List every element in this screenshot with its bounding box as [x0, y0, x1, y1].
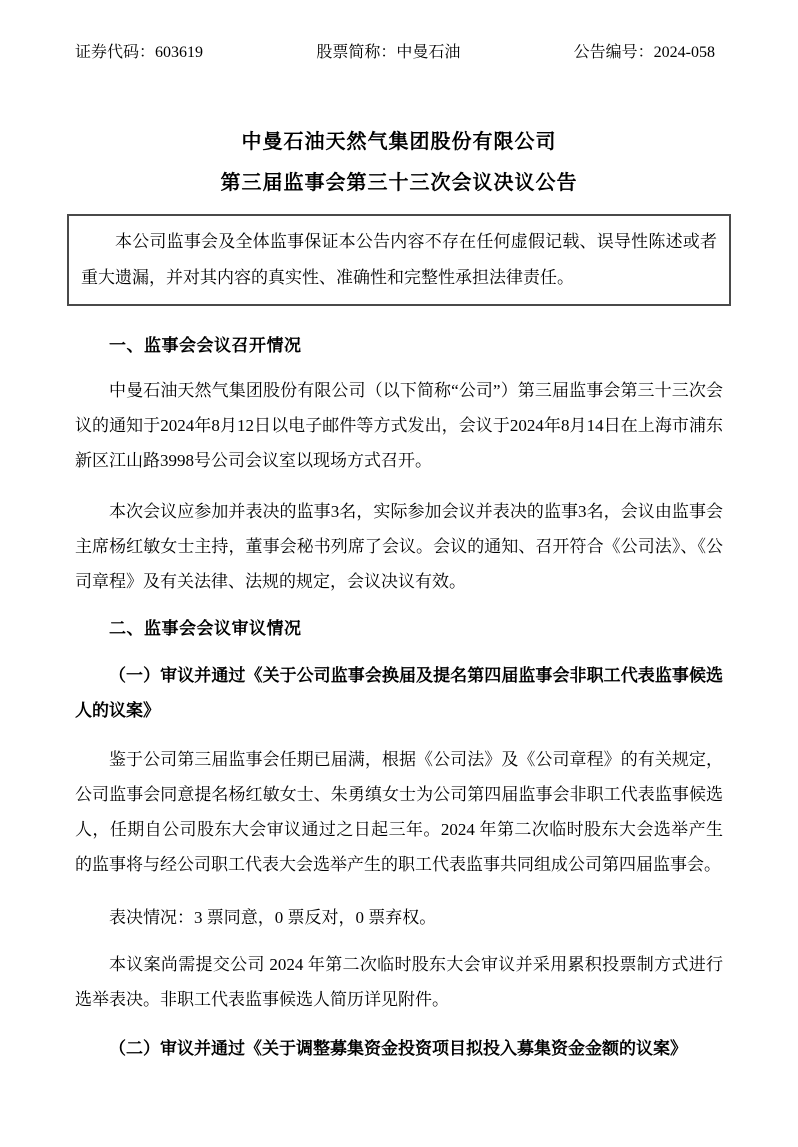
stock-short-name: 股票简称：中曼石油 — [316, 42, 460, 64]
doc-title-line2: 第三届监事会第三十三次会议决议公告 — [75, 163, 723, 204]
disclaimer-box: 本公司监事会及全体监事保证本公告内容不存在任何虚假记载、误导性陈述或者重大遗漏，… — [67, 214, 731, 306]
section2-heading: 二、监事会会议审议情况 — [75, 611, 723, 646]
section1-heading: 一、监事会会议召开情况 — [75, 328, 723, 363]
doc-title: 中曼石油天然气集团股份有限公司 第三届监事会第三十三次会议决议公告 — [75, 122, 723, 204]
doc-header: 证券代码：603619 股票简称：中曼石油 公告编号：2024-058 — [75, 42, 723, 64]
announcement-number: 公告编号：2024-058 — [574, 42, 715, 64]
doc-title-line1: 中曼石油天然气集团股份有限公司 — [75, 122, 723, 163]
item1-content: 鉴于公司第三届监事会任期已届满，根据《公司法》及《公司章程》的有关规定，公司监事… — [75, 742, 723, 882]
para-meeting-notice: 中曼石油天然气集团股份有限公司（以下简称“公司”）第三届监事会第三十三次会议的通… — [75, 373, 723, 478]
para-attendance: 本次会议应参加并表决的监事3名，实际参加会议并表决的监事3名，会议由监事会主席杨… — [75, 494, 723, 599]
item1-vote-result: 表决情况：3 票同意，0 票反对，0 票弃权。 — [75, 900, 723, 935]
item2-heading: （二）审议并通过《关于调整募集资金投资项目拟投入募集资金金额的议案》 — [75, 1031, 723, 1066]
item1-heading: （一）审议并通过《关于公司监事会换届及提名第四届监事会非职工代表监事候选人的议案… — [75, 658, 723, 728]
disclaimer-text: 本公司监事会及全体监事保证本公告内容不存在任何虚假记载、误导性陈述或者重大遗漏，… — [81, 224, 717, 296]
announcement-page: 证券代码：603619 股票简称：中曼石油 公告编号：2024-058 中曼石油… — [0, 0, 798, 1147]
stock-code: 证券代码：603619 — [75, 42, 203, 64]
item1-submission-note: 本议案尚需提交公司 2024 年第二次临时股东大会审议并采用累积投票制方式进行选… — [75, 947, 723, 1017]
